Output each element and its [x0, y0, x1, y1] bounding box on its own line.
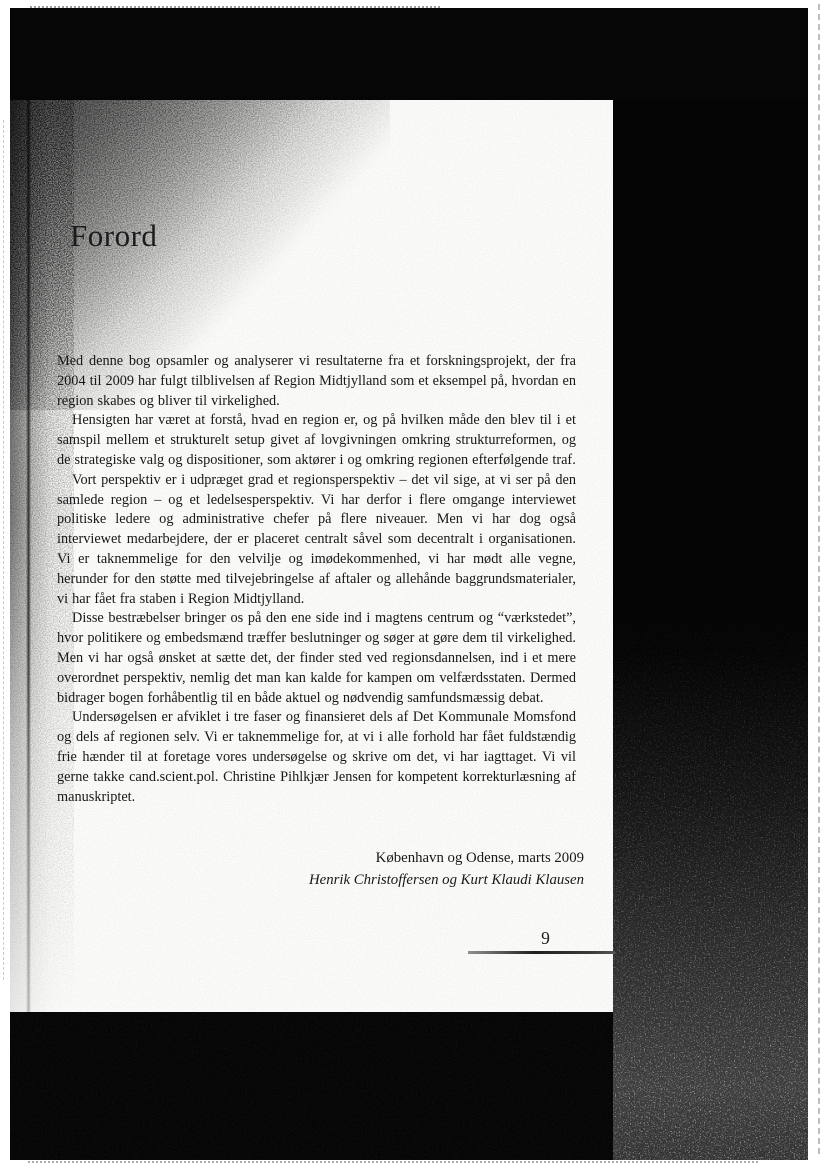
scan-artifact-top-dots: [30, 6, 440, 8]
signoff-block: København og Odense, marts 2009 Henrik C…: [309, 848, 584, 891]
scan-artifact-right-dash: [818, 4, 820, 1154]
scan-artifact-left-dash: [3, 120, 4, 980]
foreword-body: Med denne bog opsamler og analyserer vi …: [57, 352, 576, 807]
scanner-matte-right: [613, 100, 808, 1160]
paragraph-3: Vort perspektiv er i udpræget grad et re…: [57, 471, 576, 610]
paragraph-4: Disse bestræbelser bringer os på den ene…: [57, 609, 576, 708]
scanned-book-page: Forord Med denne bog opsamler og analyse…: [0, 0, 825, 1168]
signoff-authors: Henrik Christoffersen og Kurt Klaudi Kla…: [309, 870, 584, 892]
page-number-block: 9: [468, 928, 615, 954]
scan-artifact-bottom-dots: [28, 1161, 758, 1163]
paragraph-5: Undersøgelsen er afviklet i tre faser og…: [57, 708, 576, 807]
paragraph-2: Hensigten har været at forstå, hvad en r…: [57, 411, 576, 470]
page-title: Forord: [70, 218, 157, 254]
scanner-matte-top: [10, 8, 808, 100]
paragraph-1: Med denne bog opsamler og analyserer vi …: [57, 352, 576, 411]
book-page: Forord Med denne bog opsamler og analyse…: [10, 100, 613, 1012]
binding-crease-line: [26, 100, 31, 1012]
page-number-rule: [468, 951, 615, 954]
page-number: 9: [533, 928, 550, 949]
scanner-matte-bottom: [10, 1012, 613, 1160]
signoff-place-date: København og Odense, marts 2009: [309, 848, 584, 870]
